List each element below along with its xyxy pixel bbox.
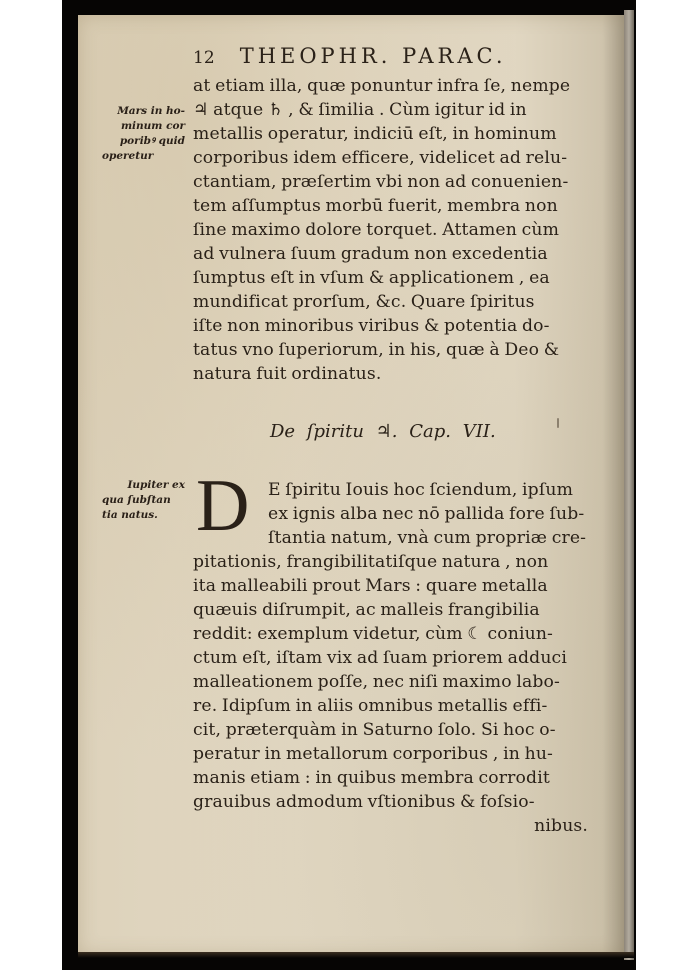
text-line: tatus vno ſuperiorum, in his, quæ à Deo … (193, 340, 559, 360)
margin-note-line: Mars in ho- (100, 104, 185, 119)
text-line: quæuis diſrumpit, ac malleis frangibilia (193, 600, 540, 620)
text-line: at etiam illa, quæ ponuntur infra ſe, ne… (193, 76, 570, 96)
text-line: ex ignis alba nec nō pallida fore ſub- (268, 504, 584, 524)
margin-note-line: tia natus. (100, 508, 185, 523)
text-line: natura fuit ordinatus. (193, 364, 381, 384)
margin-note-line: minum cor (100, 119, 185, 134)
text-line: peratur in metallorum corporibus , in hu… (193, 744, 553, 764)
page-bottom-shadow (78, 952, 634, 958)
text-line: malleationem poſſe, nec niſi maximo labo… (193, 672, 560, 692)
text-line: ſtantia natum, vnà cum propriæ cre- (268, 528, 586, 548)
text-line: re. Idipſum in aliis omnibus metallis ef… (193, 696, 547, 716)
running-title: THEOPHR. PARAC. (240, 44, 507, 68)
margin-note-line: operetur (100, 149, 185, 164)
margin-note-jupiter: Iupiter ex qua ſubſtan tia natus. (100, 478, 185, 523)
margin-note-mars: Mars in ho- minum cor poribꝰ quid operet… (100, 104, 185, 164)
text-line: ita malleabili prout Mars : quare metall… (193, 576, 548, 596)
text-line: ſine maximo dolore torquet. Attamen cùm (193, 220, 559, 240)
text-line: ctum eſt, iſtam vix ad ſuam priorem addu… (193, 648, 567, 668)
text-line: ad vulnera ſuum gradum non excedentia (193, 244, 548, 264)
text-line: pitationis, frangibilitatiſque natura , … (193, 552, 548, 572)
text-line: corporibus idem efficere, videlicet ad r… (193, 148, 567, 168)
chapter-title: De ſpiritu ♃. (270, 421, 398, 442)
chapter-heading: De ſpiritu ♃. Cap. VII. (270, 421, 496, 442)
ink-mark (557, 418, 559, 428)
text-line: metallis operatur, indiciū eſt, in homin… (193, 124, 557, 144)
text-line: mundificat prorſum, &c. Quare ſpiritus (193, 292, 535, 312)
text-line: reddit: exemplum videtur, cùm ☾ coniun- (193, 624, 553, 644)
chapter-number: Cap. VII. (409, 421, 495, 442)
text-line: E ſpiritu Iouis hoc ſciendum, ipſum (268, 480, 573, 500)
running-head: 12 THEOPHR. PARAC. (193, 44, 507, 68)
page-number: 12 (193, 48, 215, 68)
text-line: ♃ atque ♄ , & ſimilia . Cùm igitur id in (193, 100, 527, 120)
text-line: ctantiam, præſertim vbi non ad conuenien… (193, 172, 568, 192)
text-line: cit, præterquàm in Saturno ſolo. Si hoc … (193, 720, 556, 740)
text-line: tem aſſumptus morbū fuerit, membra non (193, 196, 558, 216)
drop-cap: D (196, 469, 249, 543)
page-edge (624, 10, 634, 960)
text-line: grauibus admodum vſtionibus & foſsio- (193, 792, 535, 812)
text-line: iſte non minoribus viribus & potentia do… (193, 316, 550, 336)
text-line: manis etiam : in quibus membra corrodit (193, 768, 550, 788)
margin-note-line: poribꝰ quid (100, 134, 185, 149)
margin-note-line: Iupiter ex (100, 478, 185, 493)
margin-note-line: qua ſubſtan (100, 493, 185, 508)
text-line: nibus. (534, 816, 588, 836)
text-line: ſumptus eſt in vſum & applicationem , ea (193, 268, 550, 288)
